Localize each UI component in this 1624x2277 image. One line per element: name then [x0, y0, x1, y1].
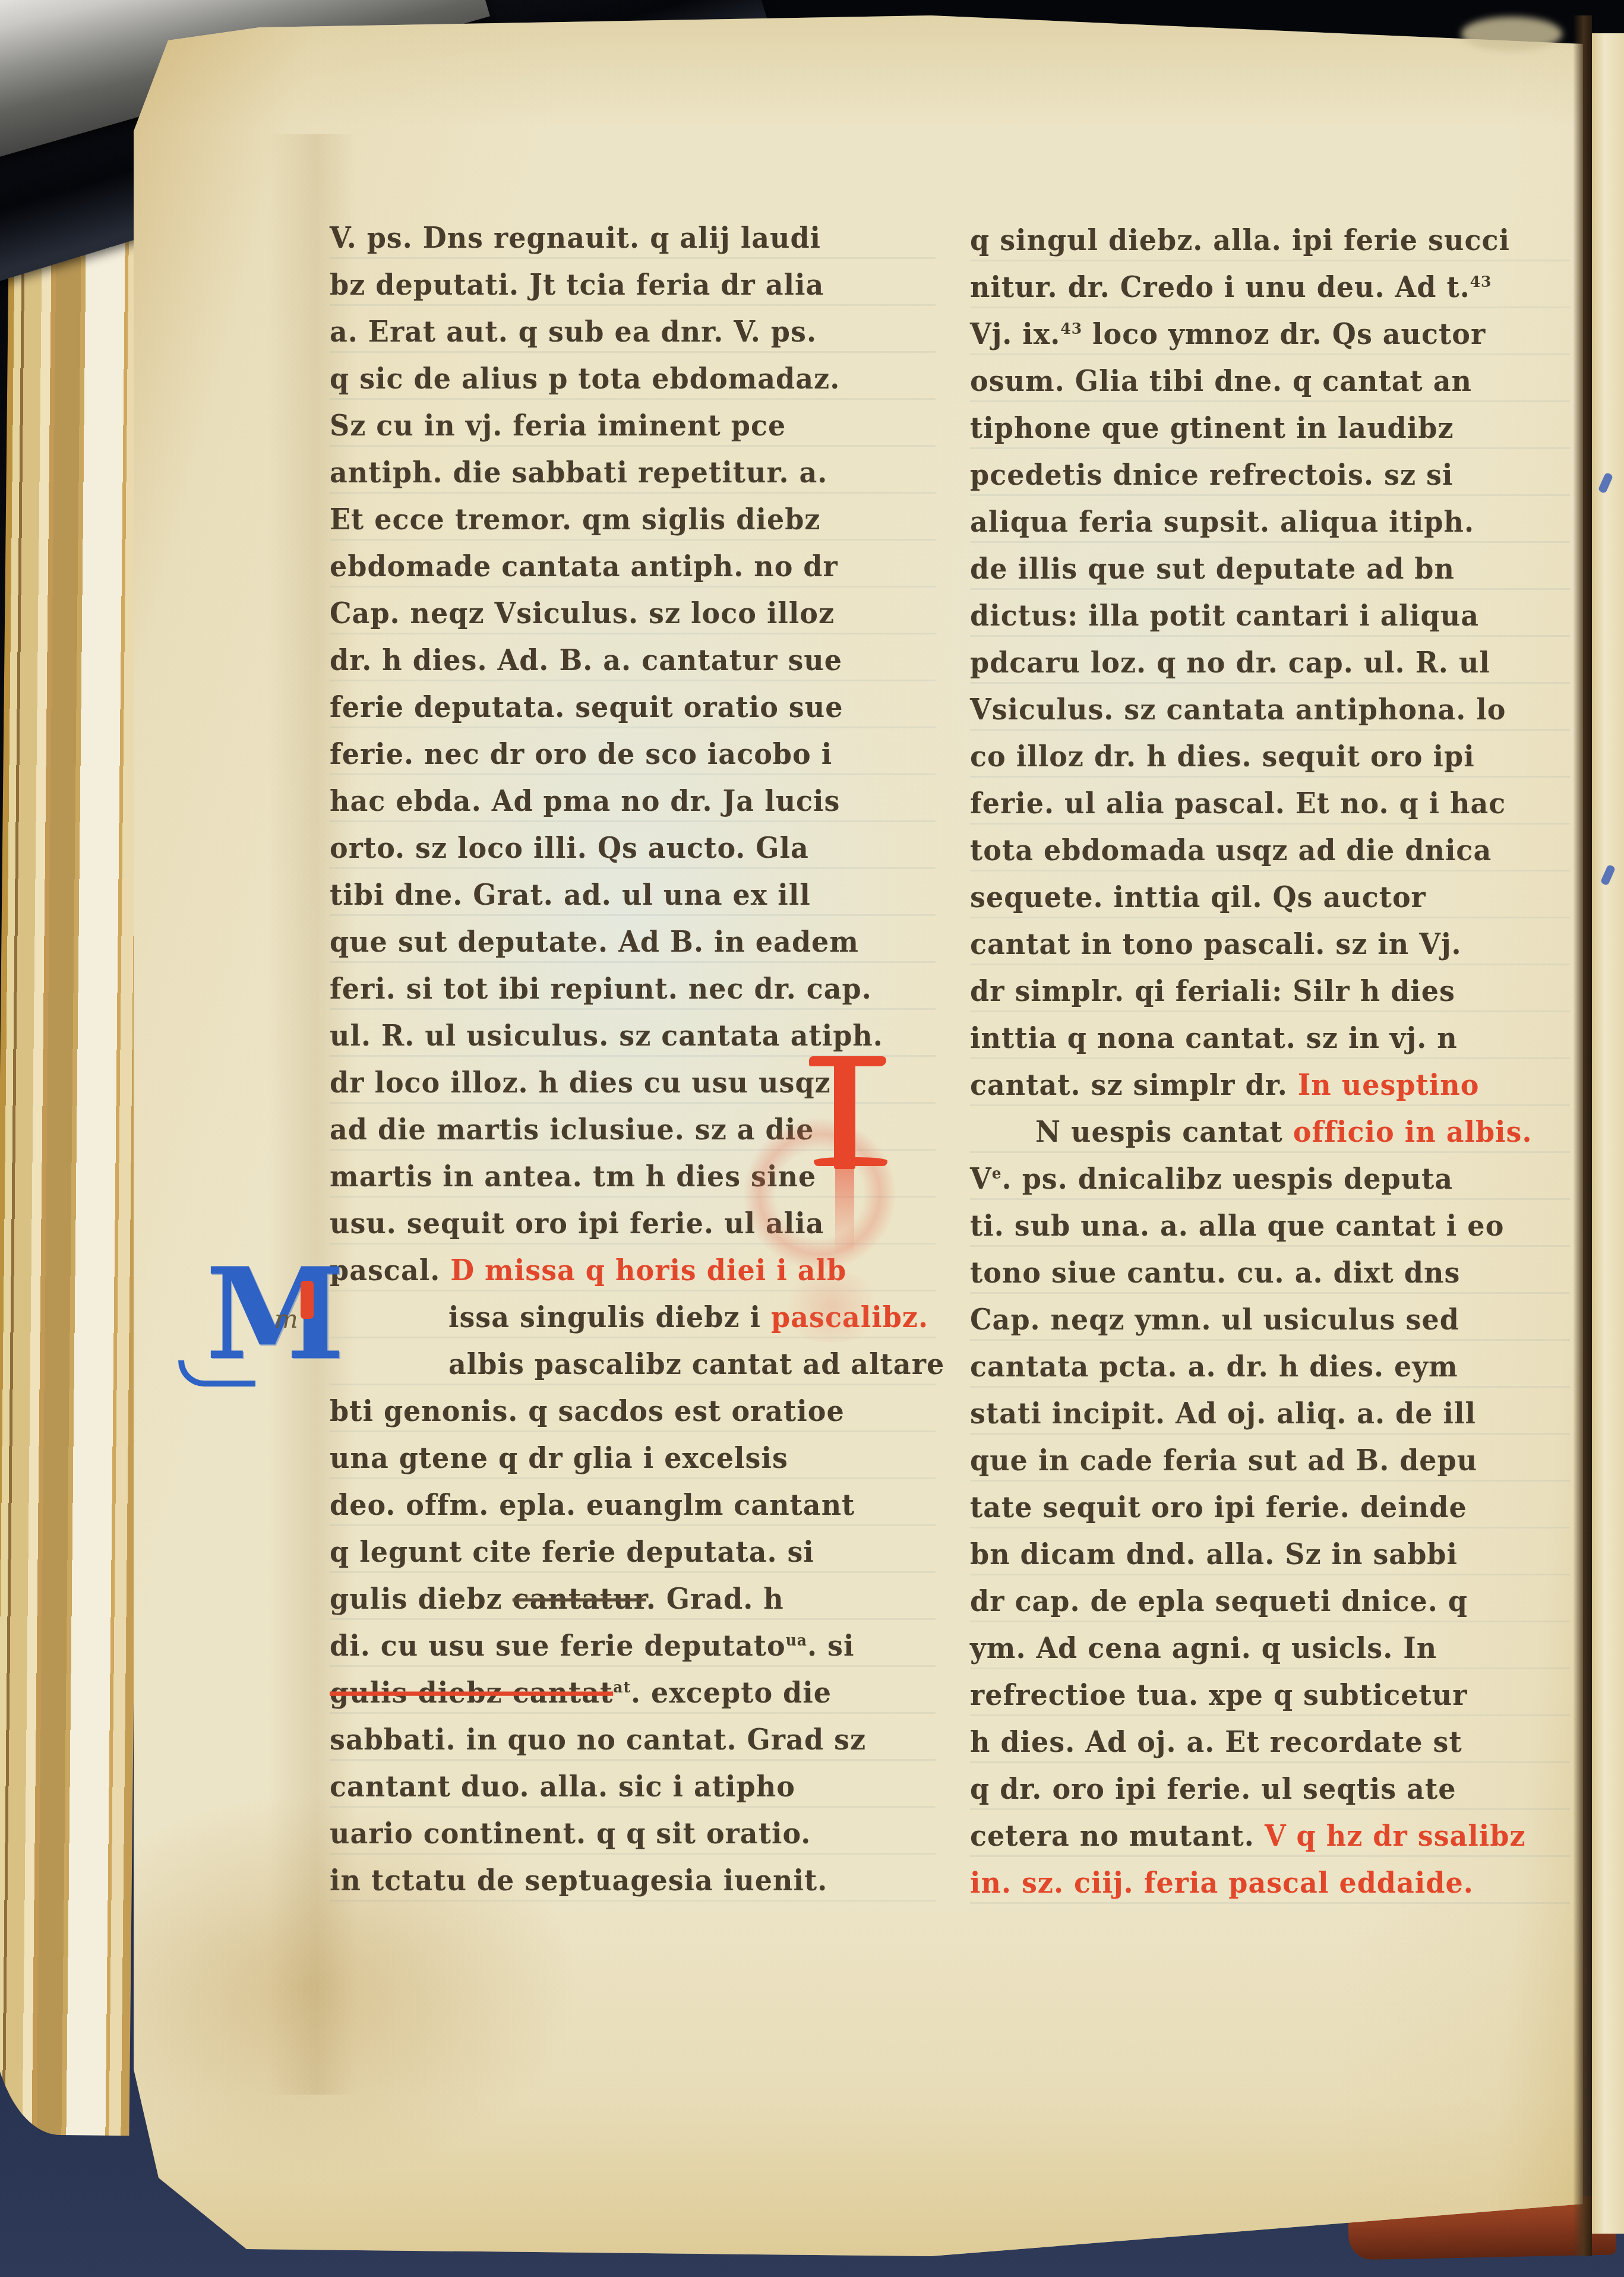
text-segment: ferie. nec dr oro de sco iacobo i — [330, 737, 832, 770]
text-line: ym. Ad cena agni. q usicls. In — [970, 1624, 1570, 1673]
text-segment: dr simplr. qi feriali: Silr h dies — [970, 974, 1455, 1008]
text-segment: dr. h dies. Ad. B. a. cantatur sue — [330, 643, 842, 677]
ink-bleed-stain — [743, 1117, 897, 1271]
text-segment: ua — [786, 1631, 807, 1649]
text-line: tate sequit oro ipi ferie. deinde — [970, 1483, 1570, 1532]
text-segment: cantata pcta. a. dr. h dies. eym — [970, 1350, 1458, 1383]
text-segment: h dies. Ad oj. a. Et recordate st — [970, 1725, 1462, 1758]
text-segment: q legunt cite ferie deputata. si — [330, 1535, 814, 1568]
text-segment: ferie deputata. sequit oratio sue — [330, 690, 843, 724]
text-segment: osum. Glia tibi dne. q cantat an — [970, 364, 1472, 397]
text-line: ferie. ul alia pascal. Et no. q i hac — [970, 779, 1570, 828]
text-segment: co illoz dr. h dies. sequit oro ipi — [970, 740, 1475, 773]
text-segment: uario continent. q q sit oratio. — [330, 1817, 811, 1850]
text-segment: N uespis cantat — [1035, 1115, 1293, 1148]
text-line: tiphone que gtinent in laudibz — [970, 404, 1570, 453]
text-line: q dr. oro ipi ferie. ul seqtis ate — [970, 1765, 1570, 1814]
text-line: aliqua feria supsit. aliqua itiph. — [970, 498, 1570, 547]
text-segment: orto. sz loco illi. Qs aucto. Gla — [330, 831, 809, 864]
text-line: cantat. sz simplr dr. In uesptino — [970, 1061, 1570, 1110]
text-segment: ferie. ul alia pascal. Et no. q i hac — [970, 787, 1506, 820]
text-line: nitur. dr. Credo i unu deu. Ad t.43 — [970, 263, 1570, 312]
text-line: a. Erat aut. q sub ea dnr. V. ps. — [330, 308, 936, 356]
text-line: Sz cu in vj. feria iminent pce — [330, 402, 936, 450]
text-segment: e — [992, 1164, 1002, 1182]
text-segment: q sic de alius p tota ebdomadaz. — [330, 362, 840, 395]
text-line: Cap. neqz Vsiculus. sz loco illoz — [330, 589, 936, 638]
text-line: ferie deputata. sequit oratio sue — [330, 683, 936, 732]
text-line: q singul diebz. alla. ipi ferie succi — [970, 216, 1570, 265]
text-line: una gtene q dr glia i excelsis — [330, 1434, 936, 1483]
text-segment: antiph. die sabbati repetitur. a. — [330, 456, 827, 489]
text-segment: . Grad. h — [646, 1582, 784, 1615]
text-line: hac ebda. Ad pma no dr. Ja lucis — [330, 777, 936, 826]
text-segment: Sz cu in vj. feria iminent pce — [330, 409, 786, 442]
text-line: sequete. inttia qil. Qs auctor — [970, 873, 1570, 922]
text-segment: cetera no mutant. — [970, 1819, 1265, 1852]
text-line: tibi dne. Grat. ad. ul una ex ill — [330, 871, 936, 920]
text-segment: dr cap. de epla sequeti dnice. q — [970, 1584, 1468, 1618]
text-segment: dr loco illoz. h dies cu usu usqz — [330, 1066, 831, 1099]
text-line: pdcaru loz. q no dr. cap. ul. R. ul — [970, 639, 1570, 687]
text-segment: ad die martis iclusiue. sz a die — [330, 1113, 814, 1146]
text-line: de illis que sut deputate ad bn — [970, 545, 1570, 593]
text-segment: nitur. dr. Credo i unu deu. Ad t. — [970, 270, 1470, 304]
text-line: in tctatu de septuagesia iuenit. — [330, 1856, 936, 1905]
binding-fiber-debris — [1461, 17, 1562, 51]
text-segment: Et ecce tremor. qm siglis diebz — [330, 503, 820, 536]
text-line: Ve. ps. dnicalibz uespis deputa — [970, 1155, 1570, 1204]
text-line: bti genonis. q sacdos est oratioe — [330, 1387, 936, 1436]
text-segment: stati incipit. Ad oj. aliq. a. de ill — [970, 1397, 1476, 1430]
text-segment: albis pascalibz cantat ad altare — [448, 1347, 944, 1381]
text-line: di. cu usu sue ferie deputatoua. si — [330, 1622, 936, 1670]
text-line: Vj. ix.43 loco ymnoz dr. Qs auctor — [970, 310, 1570, 359]
text-line: bn dicam dnd. alla. Sz in sabbi — [970, 1530, 1570, 1579]
text-segment: pascal. — [330, 1253, 450, 1287]
text-segment: una gtene q dr glia i excelsis — [330, 1441, 788, 1474]
text-line: ebdomade cantata antiph. no dr — [330, 542, 936, 591]
text-segment: issa singulis diebz i — [448, 1300, 771, 1334]
text-segment: gulis diebz — [330, 1582, 513, 1615]
text-segment: pcedetis dnice refrectois. sz si — [970, 458, 1453, 491]
facing-page-edge — [1592, 33, 1624, 2234]
text-line: cantata pcta. a. dr. h dies. eym — [970, 1343, 1570, 1391]
text-segment: bn dicam dnd. alla. Sz in sabbi — [970, 1537, 1458, 1571]
text-line: stati incipit. Ad oj. aliq. a. de ill — [970, 1389, 1570, 1438]
text-segment: cantat in tono pascali. sz in Vj. — [970, 927, 1462, 961]
text-segment: deo. offm. epla. euanglm cantant — [330, 1488, 855, 1521]
page-gutter-shadow — [1573, 15, 1592, 2256]
text-line: ti. sub una. a. alla que cantat i eo — [970, 1202, 1570, 1250]
text-line: albis pascalibz cantat ad altare — [330, 1340, 936, 1389]
text-segment: V — [970, 1162, 992, 1195]
text-line: cantat in tono pascali. sz in Vj. — [970, 920, 1570, 969]
rubric-paraph-mark — [301, 1281, 314, 1319]
text-segment: tota ebdomada usqz ad die dnica — [970, 833, 1492, 867]
text-line: Vsiculus. sz cantata antiphona. lo — [970, 686, 1570, 734]
text-line: dr cap. de epla sequeti dnice. q — [970, 1577, 1570, 1626]
text-segment: gulis diebz cantat — [330, 1676, 613, 1709]
text-segment: In uesptino — [1298, 1068, 1480, 1101]
text-segment: dictus: illa potit cantari i aliqua — [970, 599, 1479, 632]
text-segment: feri. si tot ibi repiunt. nec dr. cap. — [330, 972, 872, 1005]
text-line: cantant duo. alla. sic i atipho — [330, 1763, 936, 1811]
text-line: antiph. die sabbati repetitur. a. — [330, 449, 936, 497]
text-line: tono siue cantu. cu. a. dixt dns — [970, 1249, 1570, 1297]
illuminated-initial-I — [835, 1166, 854, 1255]
text-line: Cap. neqz ymn. ul usiculus sed — [970, 1296, 1570, 1344]
text-segment: di. cu usu sue ferie deputato — [330, 1629, 786, 1662]
text-line: feri. si tot ibi repiunt. nec dr. cap. — [330, 965, 936, 1013]
text-line: N uespis cantat officio in albis. — [970, 1108, 1570, 1157]
text-segment: Vj. ix. — [970, 317, 1060, 350]
text-segment: 43 — [1060, 320, 1082, 337]
text-segment: officio in albis. — [1293, 1115, 1533, 1148]
text-segment: Cap. neqz ymn. ul usiculus sed — [970, 1303, 1459, 1336]
text-segment: V. ps. Dns regnauit. q alij laudi — [330, 221, 821, 254]
text-line: pcedetis dnice refrectois. sz si — [970, 451, 1570, 500]
text-segment: tate sequit oro ipi ferie. deinde — [970, 1490, 1467, 1524]
text-line: refrectioe tua. xpe q subticetur — [970, 1671, 1570, 1720]
text-line: gulis diebz cantatur. Grad. h — [330, 1575, 936, 1624]
text-segment: que sut deputate. Ad B. in eadem — [330, 925, 859, 958]
text-segment: aliqua feria supsit. aliqua itiph. — [970, 505, 1474, 538]
text-segment: q singul diebz. alla. ipi ferie succi — [970, 223, 1510, 257]
text-segment: cantant duo. alla. sic i atipho — [330, 1770, 795, 1803]
text-segment: tono siue cantu. cu. a. dixt dns — [970, 1256, 1460, 1289]
text-line: inttia q nona cantat. sz in vj. n — [970, 1014, 1570, 1063]
text-segment: de illis que sut deputate ad bn — [970, 552, 1455, 585]
text-segment: . si — [807, 1629, 854, 1662]
text-line: osum. Glia tibi dne. q cantat an — [970, 357, 1570, 406]
text-segment: ym. Ad cena agni. q usicls. In — [970, 1631, 1437, 1665]
text-segment: inttia q nona cantat. sz in vj. n — [970, 1021, 1458, 1054]
text-segment: loco ymnoz dr. Qs auctor — [1082, 317, 1486, 350]
text-segment: que in cade feria sut ad B. depu — [970, 1444, 1477, 1477]
text-segment: cantatur — [513, 1582, 646, 1615]
text-line: Et ecce tremor. qm siglis diebz — [330, 495, 936, 544]
text-line: deo. offm. epla. euanglm cantant — [330, 1481, 936, 1530]
text-line: in. sz. ciij. feria pascal eddaide. — [970, 1859, 1570, 1907]
text-line: que sut deputate. Ad B. in eadem — [330, 918, 936, 967]
text-line: V. ps. Dns regnauit. q alij laudi — [330, 214, 936, 263]
text-line: dr simplr. qi feriali: Silr h dies — [970, 967, 1570, 1016]
text-segment: cantat. sz simplr dr. — [970, 1068, 1298, 1101]
text-segment: tibi dne. Grat. ad. ul una ex ill — [330, 878, 811, 911]
text-segment: sequete. inttia qil. Qs auctor — [970, 880, 1426, 914]
text-line: que in cade feria sut ad B. depu — [970, 1436, 1570, 1485]
text-segment: Cap. neqz Vsiculus. sz loco illoz — [330, 596, 835, 630]
ink-bleed-stain — [778, 1271, 885, 1343]
text-line: ul. R. ul usiculus. sz cantata atiph. — [330, 1012, 936, 1060]
text-segment: V q hz dr ssalibz — [1265, 1819, 1526, 1852]
text-segment: hac ebda. Ad pma no dr. Ja lucis — [330, 784, 840, 817]
illuminated-initial-I — [814, 1157, 887, 1166]
text-segment: sabbati. in quo no cantat. Grad sz — [330, 1723, 866, 1756]
text-segment: 43 — [1470, 273, 1492, 290]
text-line: uario continent. q q sit oratio. — [330, 1809, 936, 1858]
text-line: q sic de alius p tota ebdomadaz. — [330, 355, 936, 403]
text-segment: at — [613, 1678, 631, 1696]
text-line: dictus: illa potit cantari i aliqua — [970, 592, 1570, 640]
text-segment: a. Erat aut. q sub ea dnr. V. ps. — [330, 315, 817, 348]
text-segment: ebdomade cantata antiph. no dr — [330, 549, 838, 583]
text-line: h dies. Ad oj. a. Et recordate st — [970, 1718, 1570, 1767]
facing-page-ink-mark — [1600, 864, 1616, 886]
margin-note: m — [274, 1305, 298, 1334]
text-segment: ul. R. ul usiculus. sz cantata atiph. — [330, 1019, 883, 1052]
text-segment: in. sz. ciij. feria pascal eddaide. — [970, 1866, 1474, 1899]
text-line: orto. sz loco illi. Qs aucto. Gla — [330, 824, 936, 873]
text-segment: pdcaru loz. q no dr. cap. ul. R. ul — [970, 646, 1490, 679]
text-segment: q dr. oro ipi ferie. ul seqtis ate — [970, 1772, 1456, 1805]
text-line: gulis diebz cantatat. excepto die — [330, 1669, 936, 1717]
text-line: cetera no mutant. V q hz dr ssalibz — [970, 1812, 1570, 1861]
illuminated-initial-I — [834, 1059, 855, 1169]
text-line: tota ebdomada usqz ad die dnica — [970, 826, 1570, 875]
text-segment: bti genonis. q sacdos est oratioe — [330, 1394, 845, 1428]
text-segment: tiphone que gtinent in laudibz — [970, 411, 1454, 444]
text-line: dr. h dies. Ad. B. a. cantatur sue — [330, 636, 936, 685]
text-line: q legunt cite ferie deputata. si — [330, 1528, 936, 1577]
text-segment: bz deputati. Jt tcia feria dr alia — [330, 268, 824, 301]
text-column-right: q singul diebz. alla. ipi ferie succinit… — [970, 216, 1570, 1909]
text-line: sabbati. in quo no cantat. Grad sz — [330, 1716, 936, 1764]
text-line: ferie. nec dr oro de sco iacobo i — [330, 730, 936, 779]
text-line: co illoz dr. h dies. sequit oro ipi — [970, 732, 1570, 781]
text-segment: Vsiculus. sz cantata antiphona. lo — [970, 693, 1506, 726]
text-segment: in tctatu de septuagesia iuenit. — [330, 1864, 827, 1897]
text-segment: ti. sub una. a. alla que cantat i eo — [970, 1209, 1504, 1242]
book-fore-edge-pages — [0, 20, 151, 2136]
text-segment: . excepto die — [631, 1676, 832, 1709]
text-line: bz deputati. Jt tcia feria dr alia — [330, 261, 936, 310]
text-segment: refrectioe tua. xpe q subticetur — [970, 1678, 1468, 1711]
facing-page-ink-mark — [1598, 472, 1614, 494]
text-segment: . ps. dnicalibz uespis deputa — [1002, 1162, 1454, 1195]
